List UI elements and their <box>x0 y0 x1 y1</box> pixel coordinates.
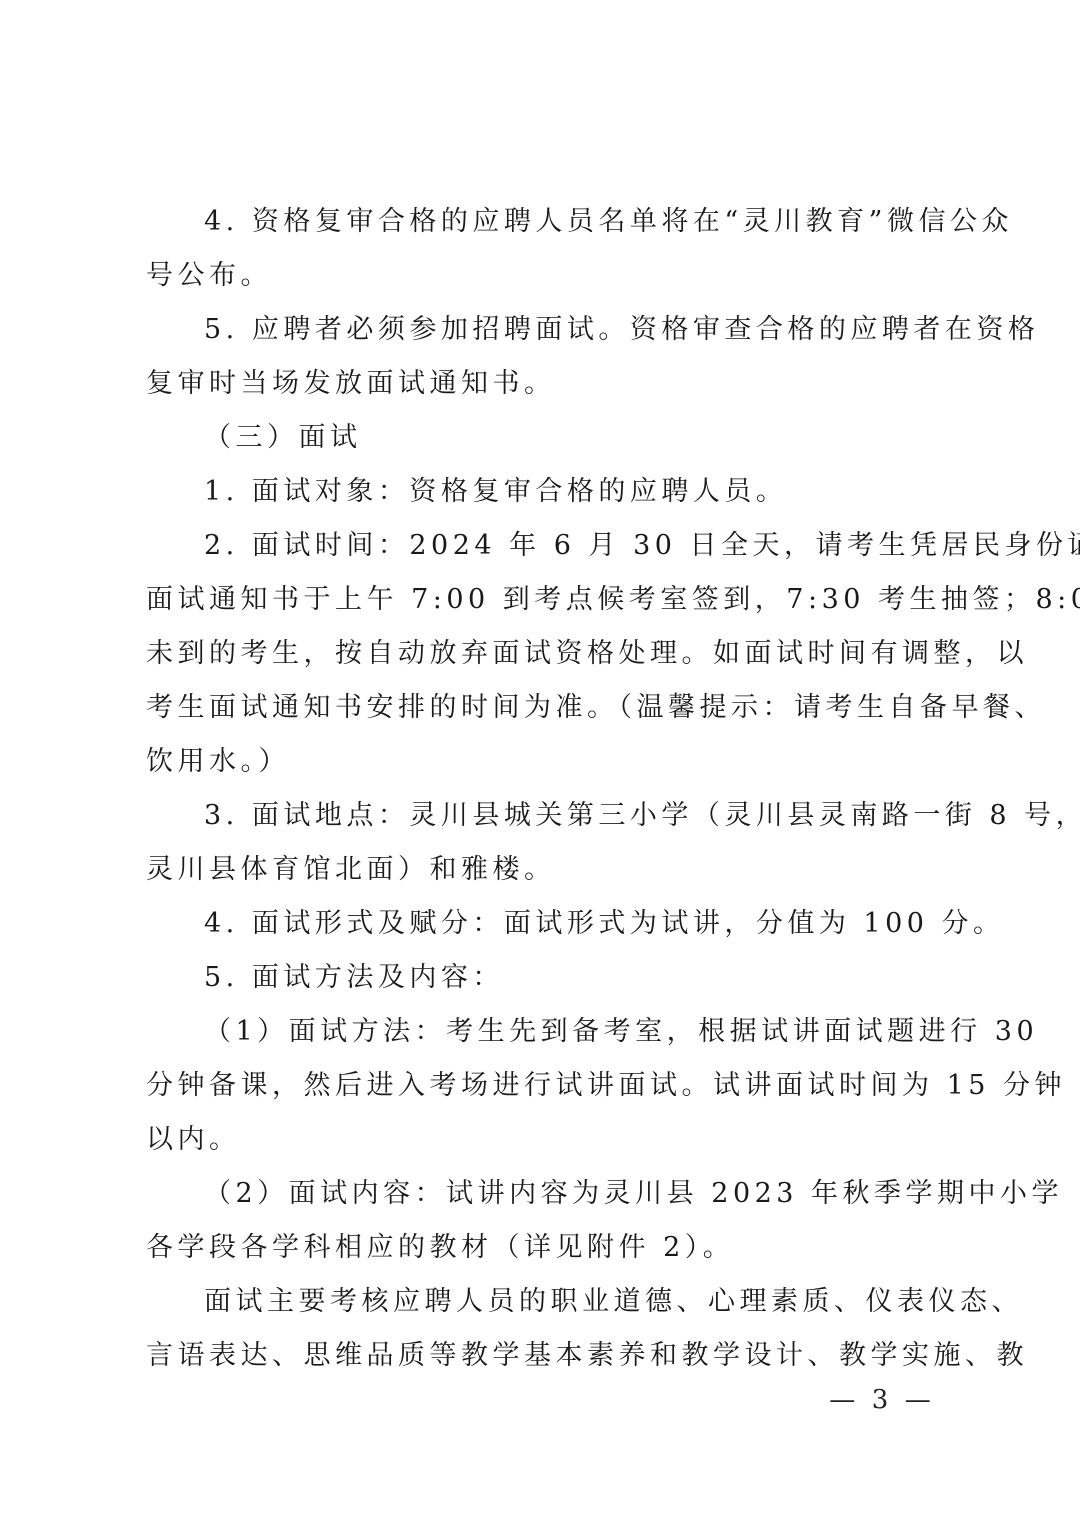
sub-item-2-content-line-1: （2）面试内容：试讲内容为灵川县 2023 年秋季学期中小学 <box>204 1174 966 1214</box>
sub-item-1-method-line-3: 以内。 <box>146 1120 966 1160</box>
sub-item-1-method-line-1: （1）面试方法：考生先到备考室，根据试讲面试题进行 30 <box>204 1012 966 1052</box>
assessment-paragraph-line-2: 言语表达、思维品质等教学基本素养和教学设计、教学实施、教 <box>146 1336 966 1376</box>
assessment-paragraph-line-1: 面试主要考核应聘人员的职业道德、心理素质、仪表仪态、 <box>204 1282 966 1322</box>
interview-item-2-time-line-2: 面试通知书于上午 7:00 到考点候考室签到，7:30 考生抽签；8:00 <box>146 580 966 620</box>
document-page: 4. 资格复审合格的应聘人员名单将在“灵川教育”微信公众 号公布。 5. 应聘者… <box>0 0 1080 1527</box>
interview-item-2-time-line-1: 2. 面试时间：2024 年 6 月 30 日全天，请考生凭居民身份证、 <box>204 526 966 566</box>
interview-item-1-target: 1. 面试对象：资格复审合格的应聘人员。 <box>204 472 1024 512</box>
interview-item-5-method-content: 5. 面试方法及内容： <box>204 958 1024 998</box>
interview-item-3-location-line-2: 灵川县体育馆北面）和雅楼。 <box>146 850 966 890</box>
interview-item-2-time-line-4: 考生面试通知书安排的时间为准。（温馨提示：请考生自备早餐、 <box>146 688 966 728</box>
interview-item-3-location-line-1: 3. 面试地点：灵川县城关第三小学（灵川县灵南路一街 8 号， <box>204 796 966 836</box>
interview-item-2-time-line-3: 未到的考生，按自动放弃面试资格处理。如面试时间有调整，以 <box>146 634 966 674</box>
page-number: — 3 — <box>820 1380 940 1420</box>
item-5-interview-required-line-1: 5. 应聘者必须参加招聘面试。资格审查合格的应聘者在资格 <box>204 310 966 350</box>
item-4-qualification-list-line-1: 4. 资格复审合格的应聘人员名单将在“灵川教育”微信公众 <box>204 202 966 242</box>
interview-item-4-format-score: 4. 面试形式及赋分：面试形式为试讲，分值为 100 分。 <box>204 904 1024 944</box>
section-heading-interview: （三）面试 <box>204 418 1024 458</box>
sub-item-1-method-line-2: 分钟备课，然后进入考场进行试讲面试。试讲面试时间为 15 分钟 <box>146 1066 966 1106</box>
item-5-interview-required-line-2: 复审时当场发放面试通知书。 <box>146 364 966 404</box>
sub-item-2-content-line-2: 各学段各学科相应的教材（详见附件 2）。 <box>146 1228 966 1268</box>
item-4-qualification-list-line-2: 号公布。 <box>146 256 966 296</box>
interview-item-2-time-line-5: 饮用水。） <box>146 742 966 782</box>
